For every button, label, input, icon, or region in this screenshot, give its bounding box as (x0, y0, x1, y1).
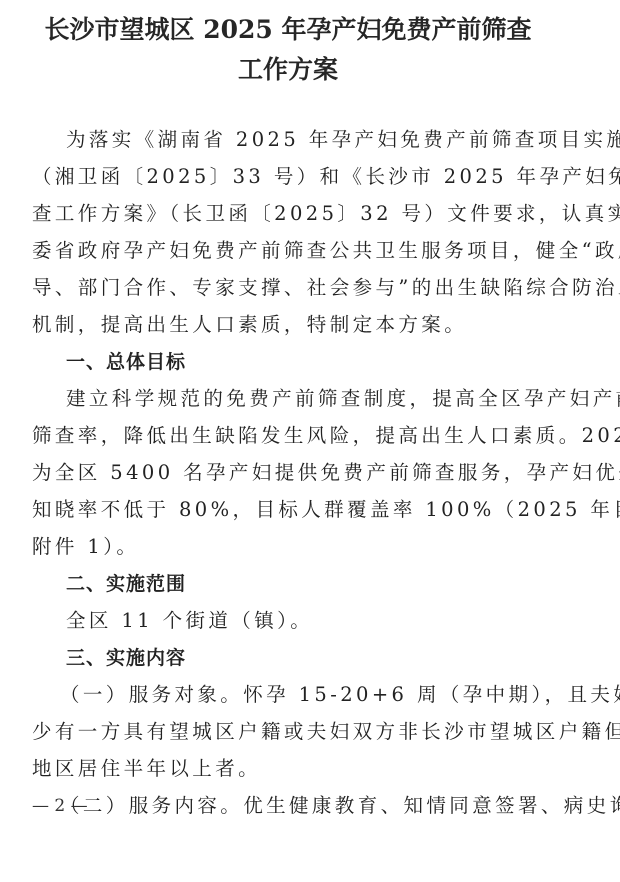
section1-line: 知晓率不低于 80%，目标人群覆盖率 100%（2025 年目标人数见 (32, 498, 562, 522)
section1-line: 为全区 5400 名孕产妇提供免费产前筛查服务，孕产妇优生知识 (32, 461, 562, 485)
page-number: — 2 — (32, 796, 88, 816)
section-heading-content: 三、实施内容 (66, 646, 186, 670)
section3-item1-line: 少有一方具有望城区户籍或夫妇双方非长沙市望城区户籍但在本 (32, 720, 562, 744)
document-title-line-1: 长沙市望城区 2025 年孕产妇免费产前筛查 (0, 10, 598, 46)
section1-line: 建立科学规范的免费产前筛查制度，提高全区孕产妇产前 (66, 387, 596, 411)
intro-line: 委省政府孕产妇免费产前筛查公共卫生服务项目，健全“政府主 (32, 239, 562, 263)
section3-item1-line: 地区居住半年以上者。 (32, 757, 562, 781)
section-heading-scope: 二、实施范围 (66, 572, 186, 596)
document-title-line-2: 工作方案 (0, 50, 598, 86)
section-heading-overall-goal: 一、总体目标 (66, 350, 186, 374)
intro-line: 为落实《湖南省 2025 年孕产妇免费产前筛查项目实施方案》 (66, 128, 596, 152)
intro-line: 机制，提高出生人口素质，特制定本方案。 (32, 313, 562, 337)
section3-item2-line: （二）服务内容。优生健康教育、知情同意签署、病史询 (60, 794, 590, 818)
intro-line: 导、部门合作、专家支撑、社会参与”的出生缺陷综合防治工作 (32, 276, 562, 300)
section1-line: 筛查率，降低出生缺陷发生风险，提高出生人口素质。2025 年， (32, 424, 562, 448)
section3-item1-line: （一）服务对象。怀孕 15-20+6 周（孕中期），且夫妇至 (60, 683, 590, 707)
section1-line: 附件 1）。 (32, 535, 562, 559)
intro-line: 查工作方案》（长卫函〔2025〕32 号）文件要求，认真实施省 (32, 202, 562, 226)
section2-line: 全区 11 个街道（镇）。 (66, 609, 596, 633)
intro-line: （湘卫函〔2025〕33 号）和《长沙市 2025 年孕产妇免费产前筛 (32, 165, 562, 189)
